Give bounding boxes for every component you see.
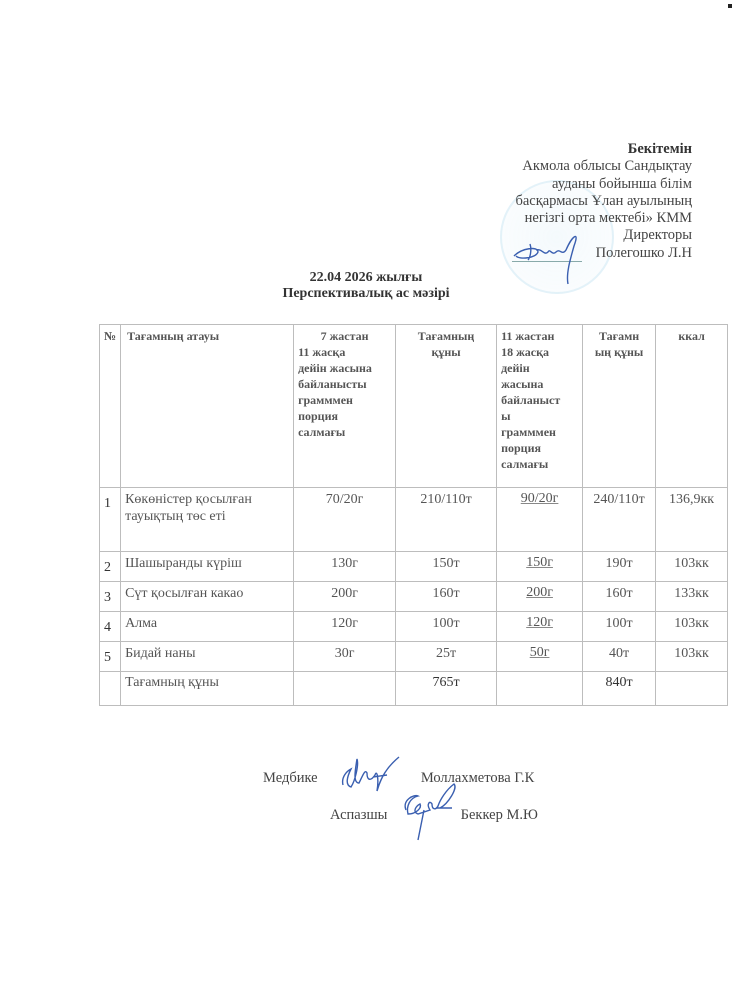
table-row: 5 Бидай наны 30г 25т 50г 40т 103кк [100,642,728,672]
empty-cell [294,672,396,706]
menu-table: № Тағамның атауы 7 жастан 11 жасқа дейін… [99,324,728,706]
header-price-11-18: Тағамн ың құны [583,325,656,488]
portion-11-18: 200г [497,582,583,612]
cook-name: Беккер М.Ю [461,807,538,824]
header-line: порция [298,408,391,424]
dish-name: Шашыранды күріш [121,552,294,582]
row-number: 4 [100,612,121,642]
price-11-18: 240/110т [583,488,656,552]
header-number: № [100,325,121,488]
header-line: грамммен [298,392,391,408]
header-line: Тағамн [587,328,651,344]
table-header-row: № Тағамның атауы 7 жастан 11 жасқа дейін… [100,325,728,488]
portion-11-18: 150г [497,552,583,582]
price-7-11: 100т [396,612,497,642]
header-line: грамммен [501,424,578,440]
menu-title: Перспективалық ас мәзірі [0,286,732,302]
header-line: ың құны [587,344,651,360]
empty-cell [497,672,583,706]
header-portion-7-11: 7 жастан 11 жасқа дейін жасына байланыст… [294,325,396,488]
row-number: 2 [100,552,121,582]
header-dish-name: Тағамның атауы [121,325,294,488]
total-price-7-11: 765т [396,672,497,706]
portion-11-18: 50г [497,642,583,672]
dish-name: Алма [121,612,294,642]
scan-corner-mark [728,4,732,8]
header-line: 7 жастан [298,328,391,344]
kcal: 136,9кк [656,488,728,552]
approval-line: ауданы бойынша білім [432,176,692,193]
portion-7-11: 30г [294,642,396,672]
header-line: ы [501,408,578,424]
total-price-11-18: 840т [583,672,656,706]
empty-cell [656,672,728,706]
kcal: 133кк [656,582,728,612]
header-line: байланысты [298,376,391,392]
cook-role: Аспазшы [330,807,387,824]
price-7-11: 25т [396,642,497,672]
approval-line: негізгі орта мектебі» КММ [432,210,692,227]
approval-line: басқармасы Ұлан ауылының [432,193,692,210]
header-line: құны [400,344,492,360]
header-line: салмағы [298,424,391,440]
price-11-18: 100т [583,612,656,642]
row-number: 1 [100,488,121,552]
portion-11-18: 120г [497,612,583,642]
header-price-7-11: Тағамның құны [396,325,497,488]
nurse-role: Медбике [263,770,318,787]
header-line: 11 жастан [501,328,578,344]
price-7-11: 160т [396,582,497,612]
price-7-11: 210/110т [396,488,497,552]
price-7-11: 150т [396,552,497,582]
table-row: 1 Көкөністер қосылған тауықтың төс еті 7… [100,488,728,552]
kcal: 103кк [656,612,728,642]
portion-7-11: 130г [294,552,396,582]
approval-title: Бекітемін [432,141,692,158]
cook-signature [396,780,466,842]
table-row: 3 Сүт қосылған какао 200г 160т 200г 160т… [100,582,728,612]
table-row: 4 Алма 120г 100т 120г 100т 103кк [100,612,728,642]
header-line: 11 жасқа [298,344,391,360]
header-line: порция [501,440,578,456]
total-label: Тағамның құны [121,672,294,706]
portion-11-18: 90/20г [497,488,583,552]
price-11-18: 40т [583,642,656,672]
price-11-18: 190т [583,552,656,582]
price-11-18: 160т [583,582,656,612]
menu-date: 22.04 2026 жылғы [0,270,732,286]
header-line: Тағамның [400,328,492,344]
kcal: 103кк [656,552,728,582]
header-line: салмағы [501,456,578,472]
kcal: 103кк [656,642,728,672]
header-line: дейін жасына [298,360,391,376]
dish-name: Бидай наны [121,642,294,672]
portion-7-11: 70/20г [294,488,396,552]
header-portion-11-18: 11 жастан 18 жасқа дейін жасына байланыс… [497,325,583,488]
header-line: дейін [501,360,578,376]
row-number: 5 [100,642,121,672]
dish-name: Көкөністер қосылған тауықтың төс еті [121,488,294,552]
portion-7-11: 120г [294,612,396,642]
empty-cell [100,672,121,706]
header-line: жасына [501,376,578,392]
header-kcal: ккал [656,325,728,488]
table-total-row: Тағамның құны 765т 840т [100,672,728,706]
approval-line: Акмола облысы Сандықтау [432,158,692,175]
table-row: 2 Шашыранды күріш 130г 150т 150г 190т 10… [100,552,728,582]
portion-7-11: 200г [294,582,396,612]
header-line: байланыст [501,392,578,408]
dish-name: Сүт қосылған какао [121,582,294,612]
document-heading: 22.04 2026 жылғы Перспективалық ас мәзір… [0,270,732,302]
row-number: 3 [100,582,121,612]
header-line: 18 жасқа [501,344,578,360]
